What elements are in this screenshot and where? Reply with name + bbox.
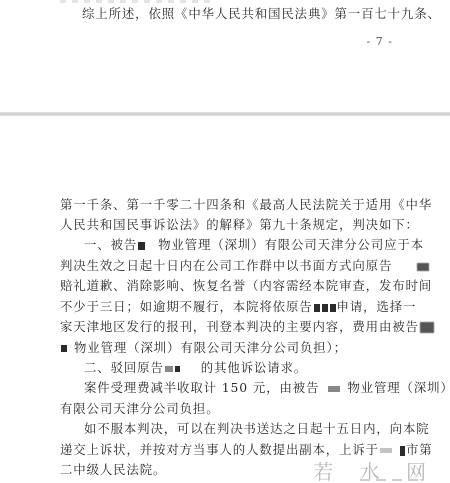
redaction-block [400, 446, 405, 456]
previous-line-fragment [60, 0, 210, 3]
redaction-block [138, 242, 145, 250]
body-line-1: 第一千条、第一千零二十四条和《最高人民法院关于适用《中华 [60, 197, 432, 213]
body-line-7: 家天津地区发行的报刊，刊登本判决的主要内容，费用由被告 [60, 319, 435, 335]
page-number: - 7 - [367, 35, 393, 48]
redaction-block [420, 322, 434, 333]
redaction-block [314, 304, 320, 312]
text-segment: 市第 [406, 442, 433, 457]
conclusion-line: 综上所述，依照《中华人民共和国民法典》第一百七十九条、 [82, 6, 441, 22]
text-segment: 判决生效之日起十日内在公司工作群中以书面方式向原告 [60, 258, 392, 273]
case-fee-line: 案件受理费减半收取计 150 元，由被告物业管理（深圳） [84, 380, 450, 396]
redaction-block [380, 448, 392, 453]
text-segment: 申请，选择一 [337, 299, 417, 314]
text-segment: 物业管理（深圳） [347, 380, 450, 395]
watermark-underline [360, 479, 420, 481]
body-line-2: 人民共和国民事诉讼法》的解释》第九十条规定，判决如下： [60, 217, 419, 233]
text-segment: 物业管理（深圳）有限公司天津分公司应于本 [158, 237, 424, 252]
judgment-item-2: 二、驳回原告的其他诉讼请求。 [84, 360, 307, 376]
body-line-4: 判决生效之日起十日内在公司工作群中以书面方式向原告 [60, 258, 430, 274]
redaction-block [175, 366, 180, 372]
redaction-block [330, 304, 336, 312]
redaction-block [328, 386, 340, 392]
redaction-block [61, 345, 67, 352]
body-line-6: 不少于三日；如逾期不履行，本院将依原告申请，选择一 [60, 299, 416, 315]
text-segment: 递交上诉状，并按对方当事人的人数提出副本，上诉于 [60, 442, 379, 457]
document-page-7: 综上所述，依照《中华人民共和国民法典》第一百七十九条、 - 7 - [0, 0, 450, 112]
judgment-item-1: 一、被告物业管理（深圳）有限公司天津分公司应于本 [84, 237, 424, 253]
text-segment: 家天津地区发行的报刊，刊登本判决的主要内容，费用由被告 [60, 319, 419, 334]
appeal-line-1: 如不服本判决，可以在判决书送达之日起十五日内，向本院 [84, 421, 430, 437]
text-segment: 二、驳回原告 [84, 360, 164, 375]
text-segment: 不少于三日；如逾期不履行，本院将依原告 [60, 299, 313, 314]
redaction-block [165, 366, 173, 372]
appeal-line-3: 二中级人民法院。 [60, 462, 166, 478]
text-segment: 一、被告 [84, 237, 137, 252]
body-line-8: 物业管理（深圳）有限公司天津分公司负担）； [60, 340, 347, 356]
body-line-5: 赔礼道歉、消除影响、恢复名誉（内容需经本院审查，发布时间 [60, 278, 432, 294]
text-segment: 的其他诉讼请求。 [201, 360, 307, 375]
redaction-block [417, 263, 429, 271]
text-segment: 案件受理费减半收取计 150 元，由被告 [84, 380, 319, 395]
body-line-11: 有限公司天津分公司负担。 [60, 401, 220, 417]
text-segment: 物业管理（深圳）有限公司天津分公司负担）； [74, 340, 347, 355]
redaction-block [322, 304, 328, 312]
